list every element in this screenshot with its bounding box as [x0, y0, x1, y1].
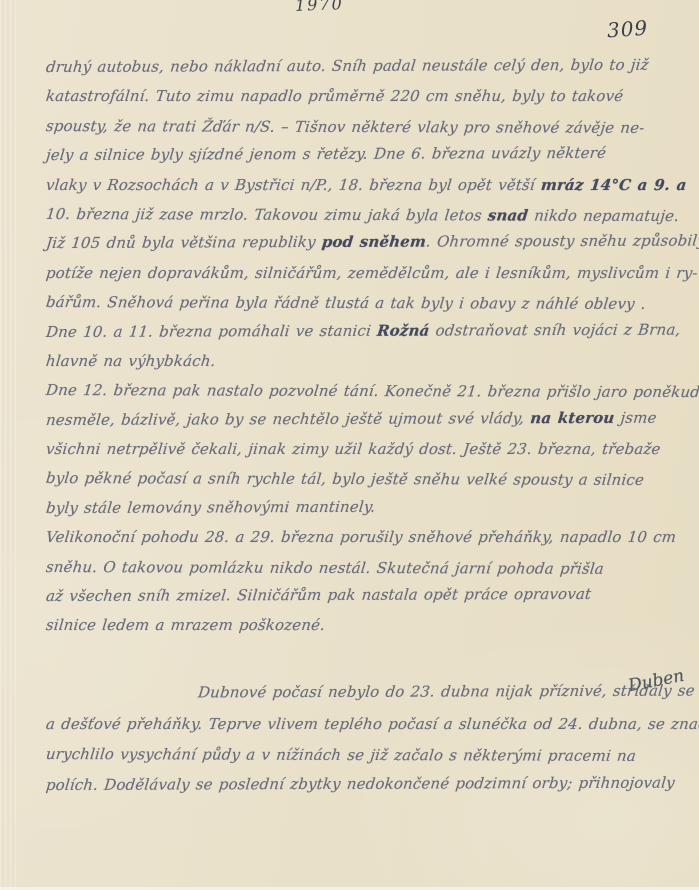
text-line: potíže nejen dopravákům, silničářům, zem… — [44, 259, 687, 288]
year-heading: 1970 — [295, 0, 344, 15]
text-line: silnice ledem a mrazem poškozené. — [44, 611, 687, 640]
line-segment: nikdo nepamatuje. — [527, 206, 680, 224]
text-line: všichni netrpělivě čekali, jinak zimy už… — [44, 435, 687, 464]
text-line: Dne 10. a 11. března pomáhali ve stanici… — [45, 315, 688, 347]
text-line: nesměle, bázlivě, jako by se nechtělo je… — [45, 403, 688, 435]
paper-binding-crease — [0, 0, 16, 890]
line-segment: odstraňovat sníh vojáci z Brna, — [429, 320, 682, 339]
text-line: a dešťové přeháňky. Teprve vlivem tepléh… — [44, 709, 687, 740]
text-line: až všechen sníh zmizel. Silničářům pak n… — [45, 580, 688, 612]
line-segment: . Ohromné spousty sněhu způsobily — [425, 232, 699, 251]
text-line: jely a silnice byly sjízdné jenom s řetě… — [45, 139, 688, 171]
line-segment: jsme — [614, 408, 658, 426]
text-line: Velikonoční pohodu 28. a 29. března poru… — [44, 523, 687, 552]
line-segment-bold: mráz 14°C a 9. a — [540, 176, 687, 194]
april-text-block: Dubnové počasí nebylo do 23. dubna nijak… — [46, 678, 686, 800]
text-line: bářům. Sněhová peřina byla řádně tlustá … — [44, 288, 687, 319]
line-segment-bold: Rožná — [376, 321, 430, 339]
chronicle-scan-page: 1970 309 druhý autobus, nebo nákladní au… — [0, 0, 699, 890]
text-line: byly stále lemovány sněhovými mantinely. — [45, 491, 688, 523]
line-segment: Již 105 dnů byla většina republiky — [45, 233, 323, 252]
text-line: katastrofální. Tuto zimu napadlo průměrn… — [44, 82, 687, 111]
line-segment-bold: pod sněhem — [321, 233, 427, 251]
line-segment: 10. března již zase mrzlo. Takovou zimu … — [45, 205, 489, 224]
text-line: druhý autobus, nebo nákladní auto. Sníh … — [45, 51, 688, 83]
text-line: hlavně na výhybkách. — [44, 347, 687, 376]
march-text-block: druhý autobus, nebo nákladní auto. Sníh … — [46, 53, 686, 641]
text-line: vlaky v Rozsochách a v Bystřici n/P., 18… — [44, 171, 687, 200]
text-line: Již 105 dnů byla většina republiky pod s… — [45, 227, 688, 259]
text-line: polích. Dodělávaly se poslední zbytky ne… — [44, 767, 687, 800]
line-segment: vlaky v Rozsochách a v Bystřici n/P., 18… — [45, 176, 542, 194]
text-line: urychlilo vysychání půdy a v nížinách se… — [44, 739, 687, 772]
line-segment: nesměle, bázlivě, jako by se nechtělo je… — [45, 409, 531, 429]
line-segment-bold: na kterou — [529, 409, 615, 427]
line-segment-bold: snad — [487, 206, 529, 224]
line-segment: Dne 10. a 11. března pomáhali ve stanici — [45, 321, 378, 340]
page-number: 309 — [606, 16, 649, 43]
text-line: Dubnové počasí nebylo do 23. dubna nijak… — [44, 676, 687, 709]
